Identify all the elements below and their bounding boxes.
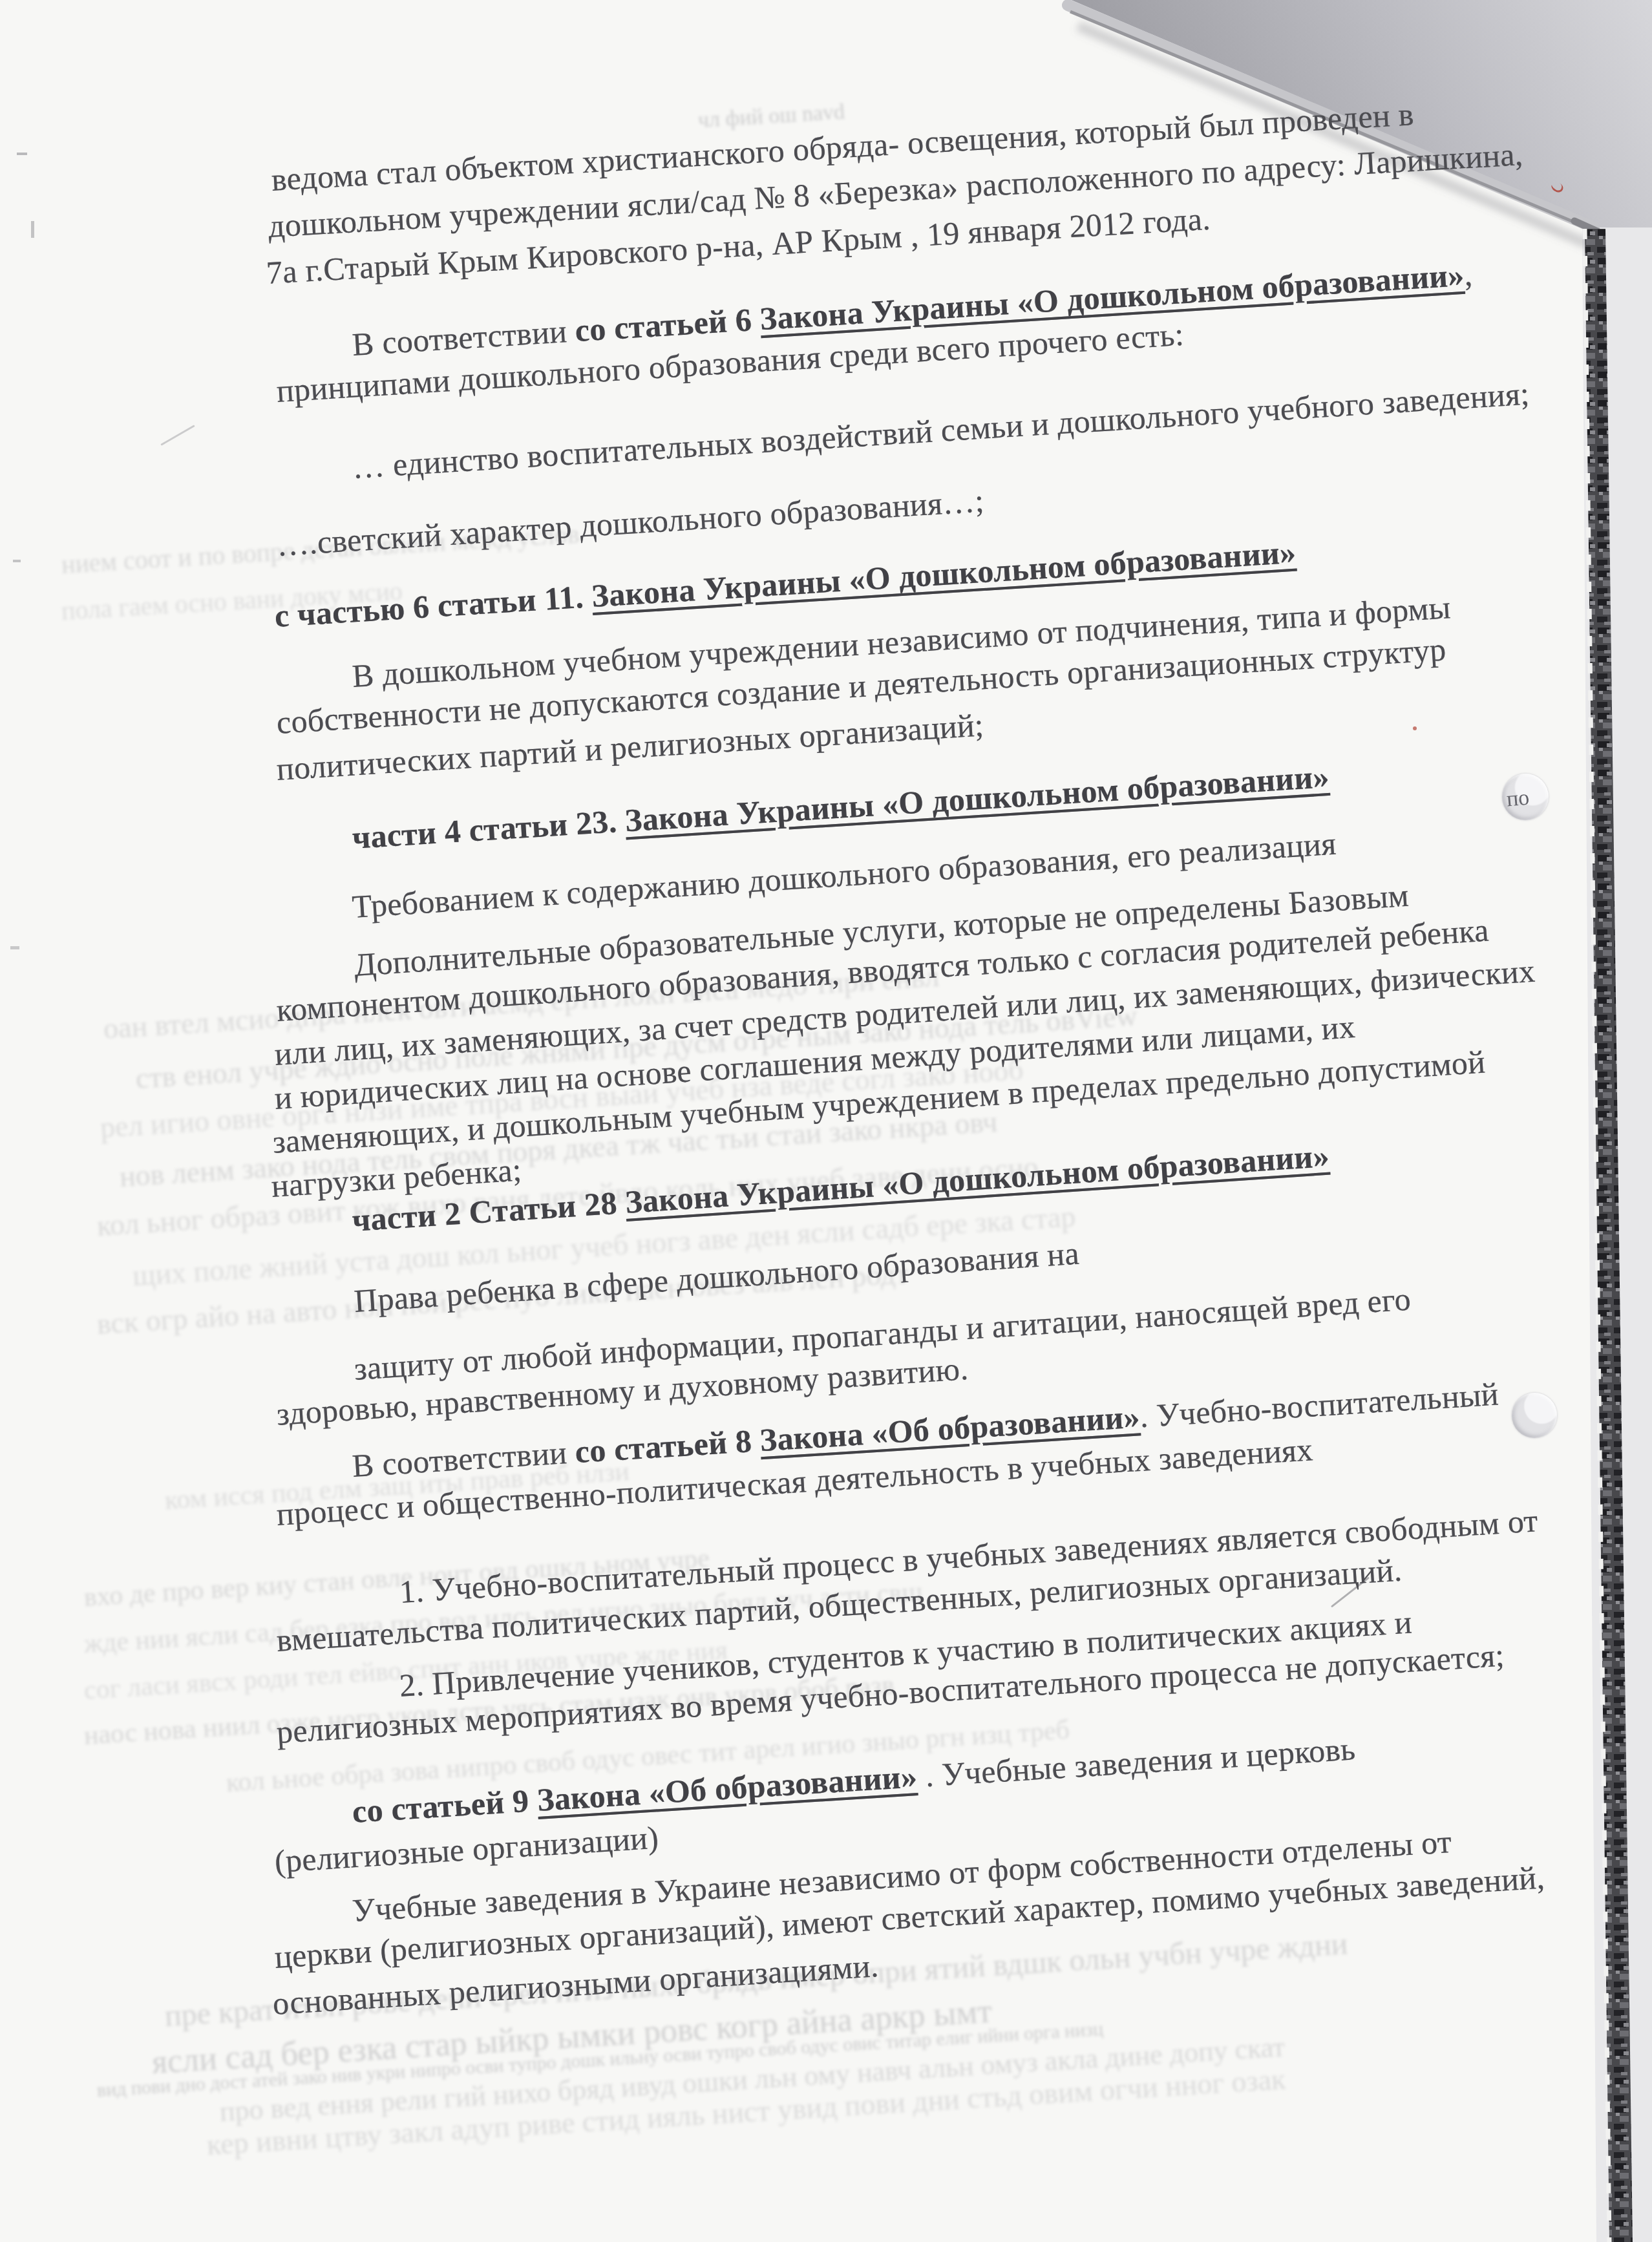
red-pen-mark <box>1550 180 1565 194</box>
text-segment: В соответствии <box>351 312 576 363</box>
scanner-strip-light <box>1582 227 1652 2242</box>
fold-corner-tip <box>1574 221 1600 233</box>
edge-strip-nibble <box>1585 229 1609 2242</box>
hole-punch-bleed-text: по <box>1505 786 1530 812</box>
text-segment-bold: части 4 статьи 23. <box>351 803 626 856</box>
ink-stroke <box>160 425 195 446</box>
hole-punch <box>1512 1393 1557 1438</box>
dark-edge-strip <box>1585 229 1633 2242</box>
text-line: ….светский характер дошкольного образова… <box>275 482 985 564</box>
text-segment-bold: со статьей 6 <box>574 301 761 348</box>
edge-speck <box>13 560 21 562</box>
red-speck <box>1413 726 1417 730</box>
text-segment: , <box>1463 256 1473 293</box>
text-line: (религиозные организации) <box>273 1819 660 1881</box>
text-segment-bold-underline: Закона Украины «О дошкольном образовании… <box>591 534 1297 614</box>
hole-punch: по <box>1502 774 1549 820</box>
scanned-document-page: чл фий ош navd нием соот и по вопре дста… <box>0 0 1652 2242</box>
edge-speck <box>10 946 19 949</box>
text-segment: . Учебно-воспитательный <box>1139 1375 1499 1434</box>
edge-speck <box>17 153 27 155</box>
text-segment-bold: со статьей 8 <box>574 1422 761 1470</box>
bleed-line: чл фий ош navd <box>697 100 845 133</box>
edge-speck <box>31 221 34 238</box>
text-segment-bold-underline: Закона Украины «О дошкольном образовании… <box>624 758 1330 838</box>
